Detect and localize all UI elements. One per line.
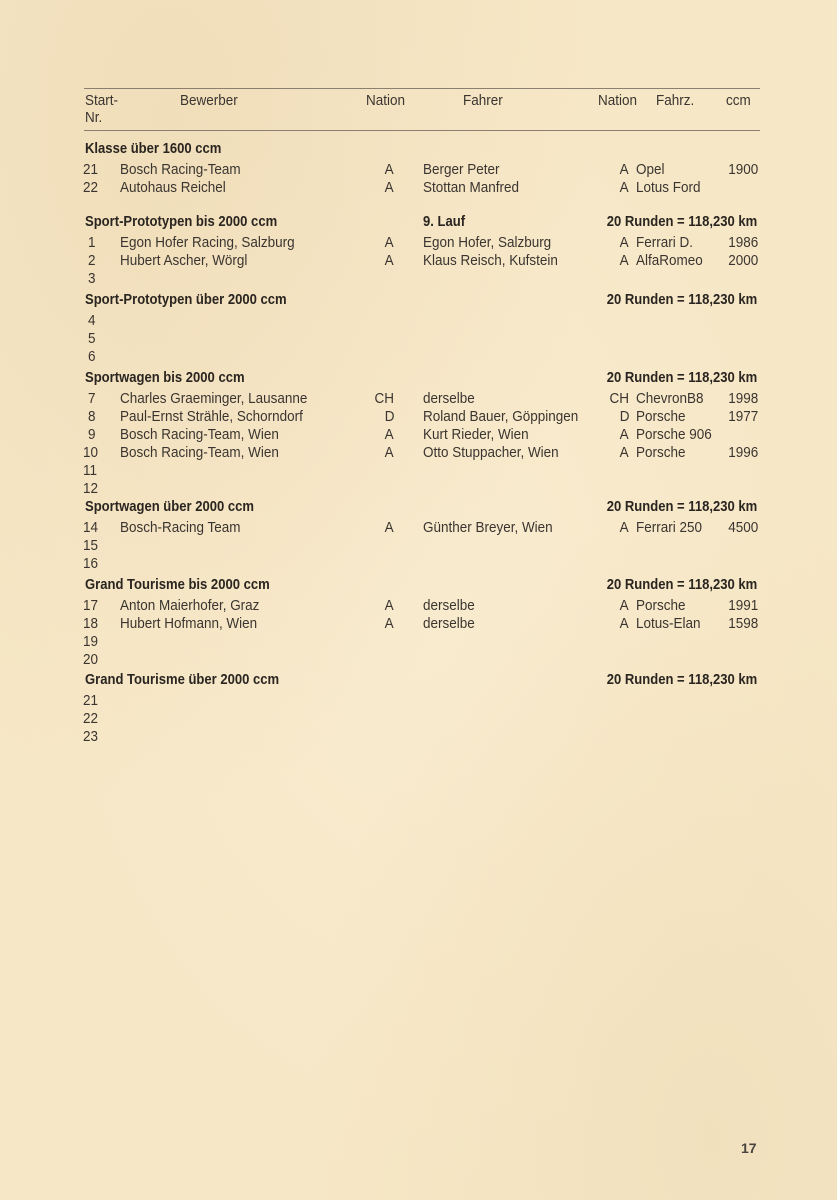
entrant: Autohaus Reichel	[120, 180, 226, 197]
driver-nation: A	[620, 616, 629, 633]
driver: Kurt Rieder, Wien	[423, 427, 529, 444]
section-distance: 20 Runden = 118,230 km	[606, 292, 757, 309]
header-nation: Nation	[366, 93, 405, 110]
driver: derselbe	[423, 598, 475, 615]
header-bewerber: Bewerber	[180, 93, 238, 110]
driver-nation: A	[620, 235, 629, 252]
driver-nation: CH	[610, 391, 629, 408]
header-nation2: Nation	[598, 93, 637, 110]
entrant-nation: A	[385, 253, 394, 270]
vehicle: Porsche	[636, 598, 685, 615]
start-number: 10	[83, 445, 98, 462]
entrant-nation: A	[385, 235, 394, 252]
displacement-ccm: 1998	[728, 391, 758, 408]
entrant-nation: A	[385, 427, 394, 444]
section-title: Grand Tourisme bis 2000 ccm	[85, 577, 270, 594]
driver-nation: A	[620, 427, 629, 444]
start-number: 2	[88, 253, 96, 270]
section-title: Sport-Prototypen über 2000 ccm	[85, 292, 287, 309]
entrant-nation: D	[384, 409, 394, 426]
start-number: 12	[83, 481, 98, 498]
header-nr: Nr.	[85, 110, 102, 127]
start-number: 22	[83, 180, 98, 197]
displacement-ccm: 1977	[728, 409, 758, 426]
entrant-nation: A	[385, 445, 394, 462]
section-distance: 20 Runden = 118,230 km	[606, 214, 757, 231]
section-title: Sportwagen bis 2000 ccm	[85, 370, 245, 387]
entrant: Egon Hofer Racing, Salzburg	[120, 235, 295, 252]
displacement-ccm: 1598	[728, 616, 758, 633]
entrant: Hubert Ascher, Wörgl	[120, 253, 247, 270]
start-number: 11	[83, 463, 97, 480]
page-number: 17	[741, 1140, 757, 1156]
start-number: 7	[88, 391, 96, 408]
entrant: Bosch Racing-Team, Wien	[120, 427, 279, 444]
start-number: 19	[83, 634, 98, 651]
entrant: Bosch Racing-Team	[120, 162, 241, 179]
start-number: 3	[88, 271, 96, 288]
driver: Günther Breyer, Wien	[423, 520, 553, 537]
start-number: 21	[83, 693, 98, 710]
entrant: Charles Graeminger, Lausanne	[120, 391, 307, 408]
entrant-nation: A	[385, 162, 394, 179]
header-rule	[84, 130, 760, 131]
entrant: Paul-Ernst Strähle, Schorndorf	[120, 409, 303, 426]
entrant-nation: A	[385, 598, 394, 615]
driver-nation: A	[620, 253, 629, 270]
entrant-nation: A	[385, 520, 394, 537]
start-number: 18	[83, 616, 98, 633]
displacement-ccm: 1996	[728, 445, 758, 462]
header-fahrer: Fahrer	[463, 93, 503, 110]
entrant-nation: A	[385, 180, 394, 197]
driver-nation: A	[620, 445, 629, 462]
vehicle: Porsche	[636, 409, 685, 426]
start-number: 4	[88, 313, 96, 330]
driver: Roland Bauer, Göppingen	[423, 409, 578, 426]
displacement-ccm: 4500	[728, 520, 758, 537]
start-number: 1	[88, 235, 96, 252]
driver: derselbe	[423, 391, 475, 408]
vehicle: Porsche 906	[636, 427, 712, 444]
driver: Otto Stuppacher, Wien	[423, 445, 559, 462]
header-start-nr: Start-	[85, 93, 118, 110]
section-title: Sportwagen über 2000 ccm	[85, 499, 254, 516]
start-number: 21	[83, 162, 98, 179]
driver: Stottan Manfred	[423, 180, 519, 197]
section-title: Grand Tourisme über 2000 ccm	[85, 672, 279, 689]
driver-nation: A	[620, 180, 629, 197]
driver: Klaus Reisch, Kufstein	[423, 253, 558, 270]
start-number: 17	[83, 598, 98, 615]
start-number: 23	[83, 729, 98, 746]
vehicle: Ferrari D.	[636, 235, 693, 252]
driver: derselbe	[423, 616, 475, 633]
section-lauf: 9. Lauf	[423, 214, 465, 231]
displacement-ccm: 1900	[728, 162, 758, 179]
vehicle: Lotus-Elan	[636, 616, 700, 633]
driver: Berger Peter	[423, 162, 499, 179]
section-distance: 20 Runden = 118,230 km	[606, 577, 757, 594]
start-number: 9	[88, 427, 96, 444]
section-title: Sport-Prototypen bis 2000 ccm	[85, 214, 277, 231]
driver: Egon Hofer, Salzburg	[423, 235, 551, 252]
entrant: Hubert Hofmann, Wien	[120, 616, 257, 633]
section-distance: 20 Runden = 118,230 km	[606, 499, 757, 516]
section-distance: 20 Runden = 118,230 km	[606, 370, 757, 387]
displacement-ccm: 1991	[728, 598, 758, 615]
vehicle: Lotus Ford	[636, 180, 700, 197]
displacement-ccm: 1986	[728, 235, 758, 252]
entrant-nation: A	[385, 616, 394, 633]
driver-nation: A	[620, 520, 629, 537]
driver-nation: A	[620, 162, 629, 179]
start-number: 16	[83, 556, 98, 573]
vehicle: AlfaRomeo	[636, 253, 703, 270]
start-number: 6	[88, 349, 96, 366]
driver-nation: D	[619, 409, 629, 426]
vehicle: Ferrari 250	[636, 520, 702, 537]
start-number: 14	[83, 520, 98, 537]
vehicle: ChevronB8	[636, 391, 703, 408]
vehicle: Porsche	[636, 445, 685, 462]
section-distance: 20 Runden = 118,230 km	[606, 672, 757, 689]
header-fahrzeug: Fahrz.	[656, 93, 694, 110]
top-rule	[84, 88, 760, 89]
header-ccm: ccm	[726, 93, 751, 110]
start-number: 15	[83, 538, 98, 555]
entrant: Bosch Racing-Team, Wien	[120, 445, 279, 462]
displacement-ccm: 2000	[728, 253, 758, 270]
entrant-nation: CH	[375, 391, 394, 408]
start-number: 5	[88, 331, 96, 348]
section-title: Klasse über 1600 ccm	[85, 141, 221, 158]
entrant: Anton Maierhofer, Graz	[120, 598, 259, 615]
vehicle: Opel	[636, 162, 664, 179]
entrant: Bosch-Racing Team	[120, 520, 240, 537]
driver-nation: A	[620, 598, 629, 615]
start-number: 22	[83, 711, 98, 728]
start-number: 20	[83, 652, 98, 669]
start-number: 8	[88, 409, 96, 426]
